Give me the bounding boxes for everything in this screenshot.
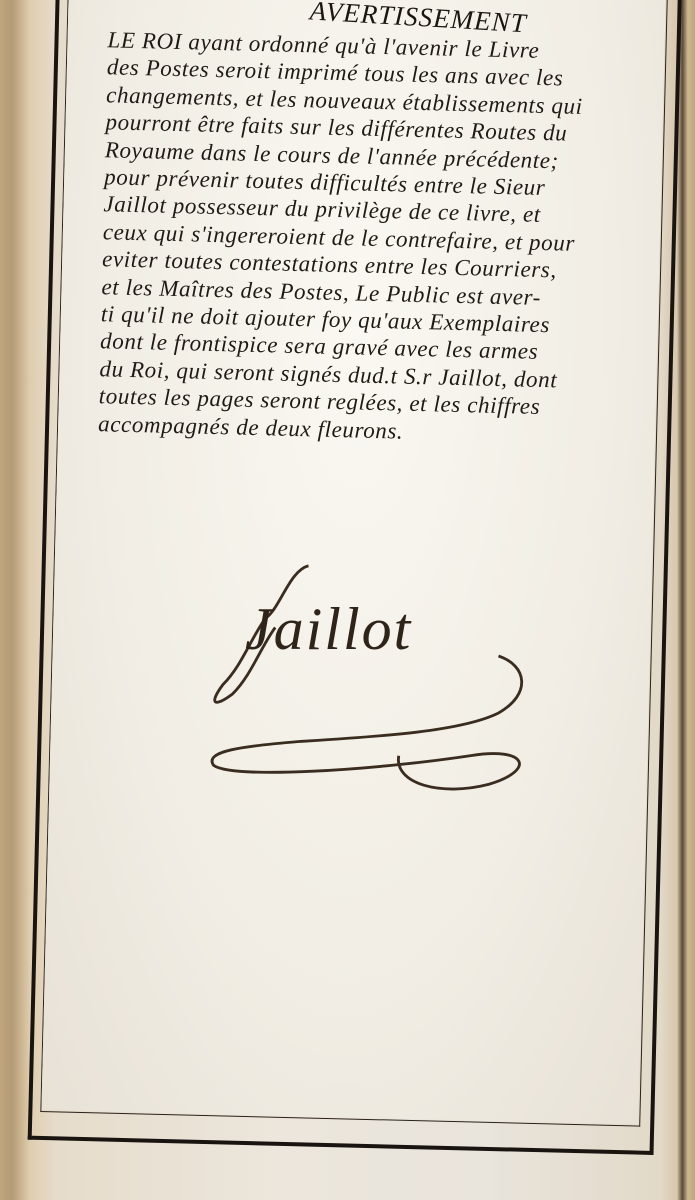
- signature-text: Jaillot: [245, 595, 412, 664]
- signature-flourish-icon: [185, 545, 565, 805]
- signature: Jaillot: [185, 545, 565, 805]
- notice-body: LE ROI ayant ordonné qu'à l'avenir le Li…: [98, 26, 668, 451]
